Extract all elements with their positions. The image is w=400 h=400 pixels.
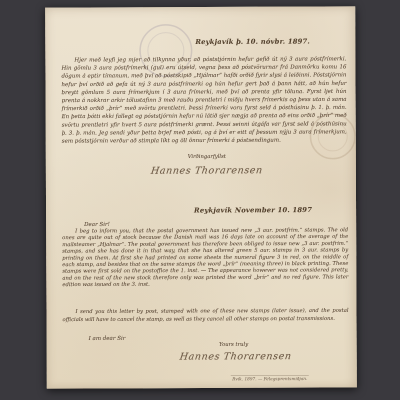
english-signature: Hannes Thorarensen [135,350,336,362]
icelandic-signature: Hannes Thorarensen [57,164,356,176]
english-dateline: Reykjavík November 10. 1897 [150,206,356,215]
english-body-paragraph-2: I send you this letter by post, stamped … [62,306,348,323]
scanned-letter-photo: Reykjavík þ. 10. nóvbr. 1897. Hjer með l… [0,0,400,400]
icelandic-dateline: Reykjavík þ. 10. nóvbr. 1897. [195,37,325,46]
english-closing-line-2: Yours truly [134,341,334,348]
english-body-paragraph-1: I beg to inform you, that the postal gov… [62,227,348,289]
english-salutation: Dear Sir! [84,221,110,228]
printer-imprint: Rvík. 1897. — Félagsprentsmiðjan. [231,375,309,382]
english-closing-line-1: I am dear Sir [89,335,126,342]
icelandic-body-paragraph: Hjer með leyfi jeg mjer að tilkynna yður… [61,55,346,145]
icelandic-closing: Virðingarfyllst [58,153,356,160]
letter-paper: Reykjavík þ. 10. nóvbr. 1897. Hjer með l… [45,6,357,388]
letter-content: Reykjavík þ. 10. nóvbr. 1897. Hjer með l… [45,6,357,388]
